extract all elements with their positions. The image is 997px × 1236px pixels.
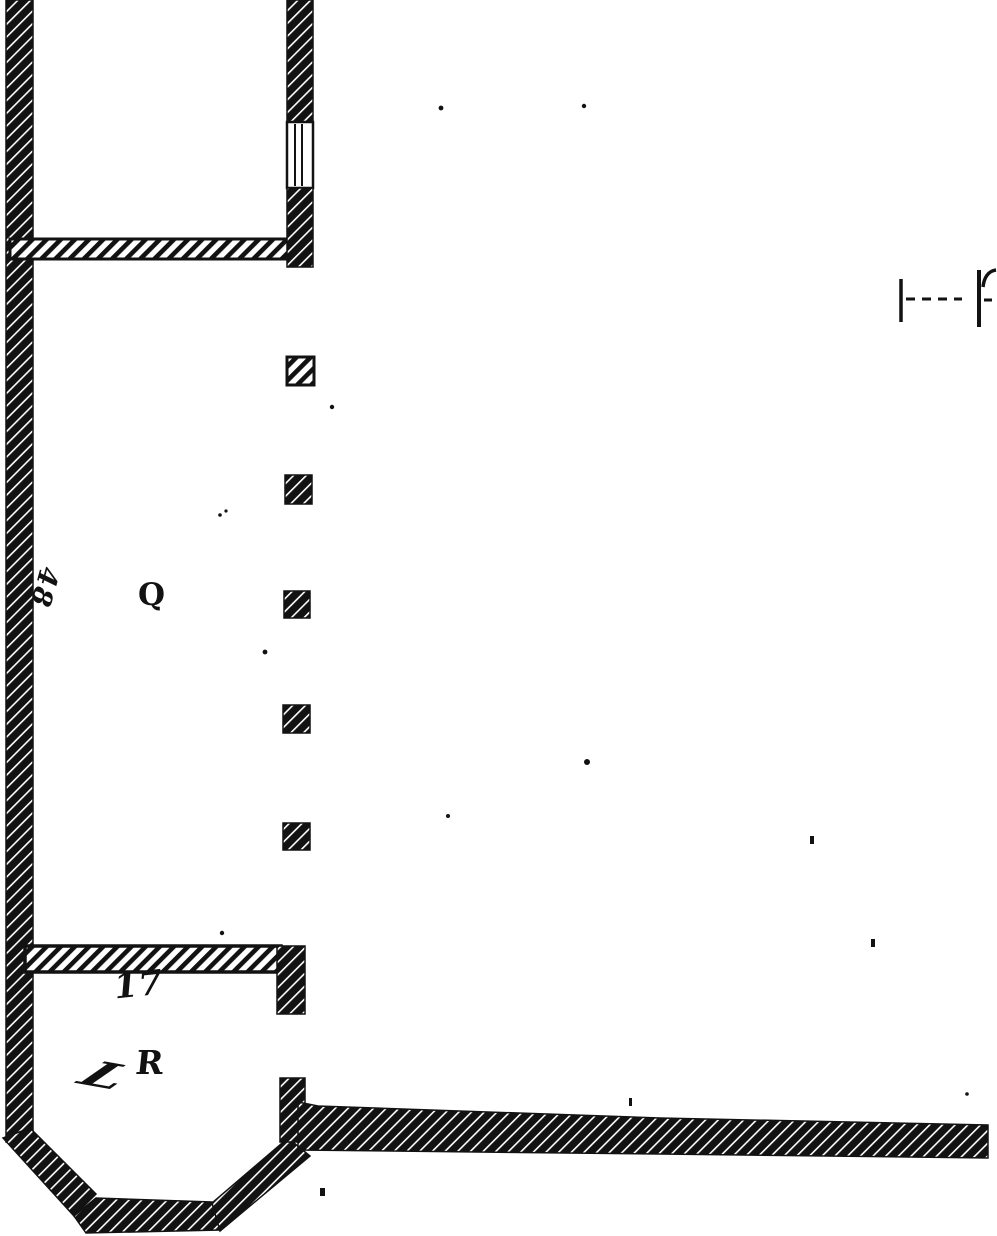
wall-pier [277,946,305,1014]
ink-speck [629,1098,632,1106]
dimension-label-17: 17 [112,966,165,1005]
scale-bar [901,270,996,327]
ink-speck [582,104,586,108]
south-wall [298,1102,988,1158]
pillar [285,475,312,504]
pillar [284,591,310,618]
floor-plan-page: 48 Q 17 L R [0,0,997,1236]
ink-speck [224,509,227,512]
ink-speck [439,106,444,111]
pillar [283,705,310,733]
north-partition-wall [10,239,288,259]
upper-east-wall-bottom [287,188,313,267]
ink-speck [810,836,814,844]
pillar [287,357,314,385]
ink-speck [871,939,875,947]
apse-wall-right-diagonal [212,1138,310,1231]
upper-east-wall-top [287,0,313,122]
ink-speck [263,650,268,655]
ink-specks [218,104,969,1196]
pillar [283,823,310,850]
apse-wall-bottom [74,1198,220,1233]
ink-speck [584,759,590,765]
partial-glyph [983,270,996,287]
window-opening [287,122,313,188]
window-symbol [287,122,313,188]
ink-speck [218,513,222,517]
ink-speck [220,931,224,935]
room-label-r: R [134,1046,165,1079]
apse-wall-left-diagonal [3,1128,96,1216]
ink-speck [965,1092,969,1096]
ink-speck [330,405,334,409]
ink-speck [446,814,450,818]
ink-speck [320,1188,325,1196]
room-label-q: Q [138,580,165,611]
